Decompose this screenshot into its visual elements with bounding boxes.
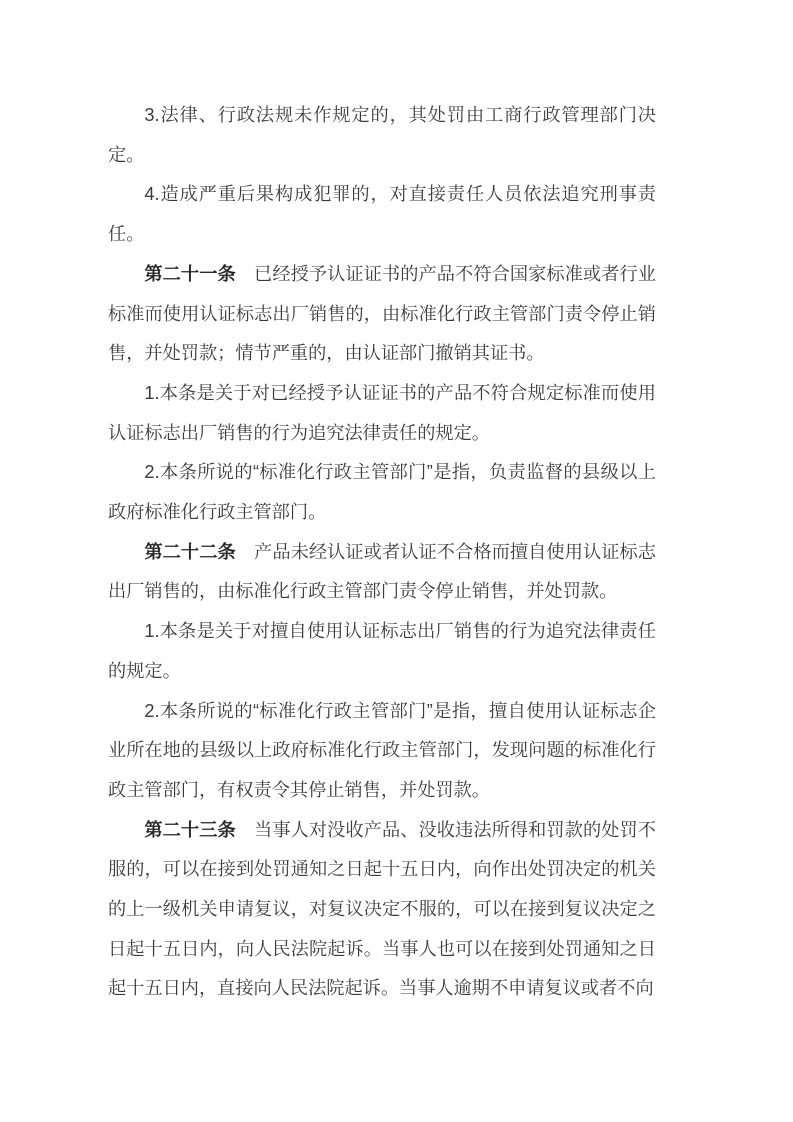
body-paragraph: 4.造成严重后果构成犯罪的，对直接责任人员依法追究刑事责任。 — [108, 175, 656, 254]
document-body: 3.法律、行政法规未作规定的，其处罚由工商行政管理部门决定。4.造成严重后果构成… — [108, 96, 656, 1009]
article-paragraph: 第二十一条 已经授予认证证书的产品不符合国家标准或者行业标准而使用认证标志出厂销… — [108, 255, 656, 374]
paragraph-text: 当事人对没收产品、没收违法所得和罚款的处罚不服的，可以在接到处罚通知之日起十五日… — [108, 820, 656, 999]
article-number: 第二十一条 — [144, 264, 235, 284]
paragraph-text: 1.本条是关于对已经授予认证证书的产品不符合规定标准而使用认证标志出厂销售的行为… — [108, 383, 656, 443]
paragraph-text: 1.本条是关于对擅自使用认证标志出厂销售的行为追究法律责任的规定。 — [108, 621, 656, 681]
article-number: 第二十三条 — [144, 820, 235, 840]
article-paragraph: 第二十三条 当事人对没收产品、没收违法所得和罚款的处罚不服的，可以在接到处罚通知… — [108, 811, 656, 1010]
article-paragraph: 第二十二条 产品未经认证或者认证不合格而擅自使用认证标志出厂销售的，由标准化行政… — [108, 533, 656, 612]
article-number: 第二十二条 — [144, 542, 235, 562]
paragraph-text: 4.造成严重后果构成犯罪的，对直接责任人员依法追究刑事责任。 — [108, 184, 656, 244]
document-page: 3.法律、行政法规未作规定的，其处罚由工商行政管理部门决定。4.造成严重后果构成… — [0, 0, 793, 1122]
paragraph-text: 2.本条所说的“标准化行政主管部门”是指，擅自使用认证标志企业所在地的县级以上政… — [108, 701, 656, 800]
body-paragraph: 1.本条是关于对已经授予认证证书的产品不符合规定标准而使用认证标志出厂销售的行为… — [108, 374, 656, 453]
body-paragraph: 2.本条所说的“标准化行政主管部门”是指，负责监督的县级以上政府标准化行政主管部… — [108, 453, 656, 532]
body-paragraph: 2.本条所说的“标准化行政主管部门”是指，擅自使用认证标志企业所在地的县级以上政… — [108, 692, 656, 811]
paragraph-text: 3.法律、行政法规未作规定的，其处罚由工商行政管理部门决定。 — [108, 105, 656, 165]
body-paragraph: 1.本条是关于对擅自使用认证标志出厂销售的行为追究法律责任的规定。 — [108, 612, 656, 691]
body-paragraph: 3.法律、行政法规未作规定的，其处罚由工商行政管理部门决定。 — [108, 96, 656, 175]
paragraph-text: 2.本条所说的“标准化行政主管部门”是指，负责监督的县级以上政府标准化行政主管部… — [108, 462, 656, 522]
